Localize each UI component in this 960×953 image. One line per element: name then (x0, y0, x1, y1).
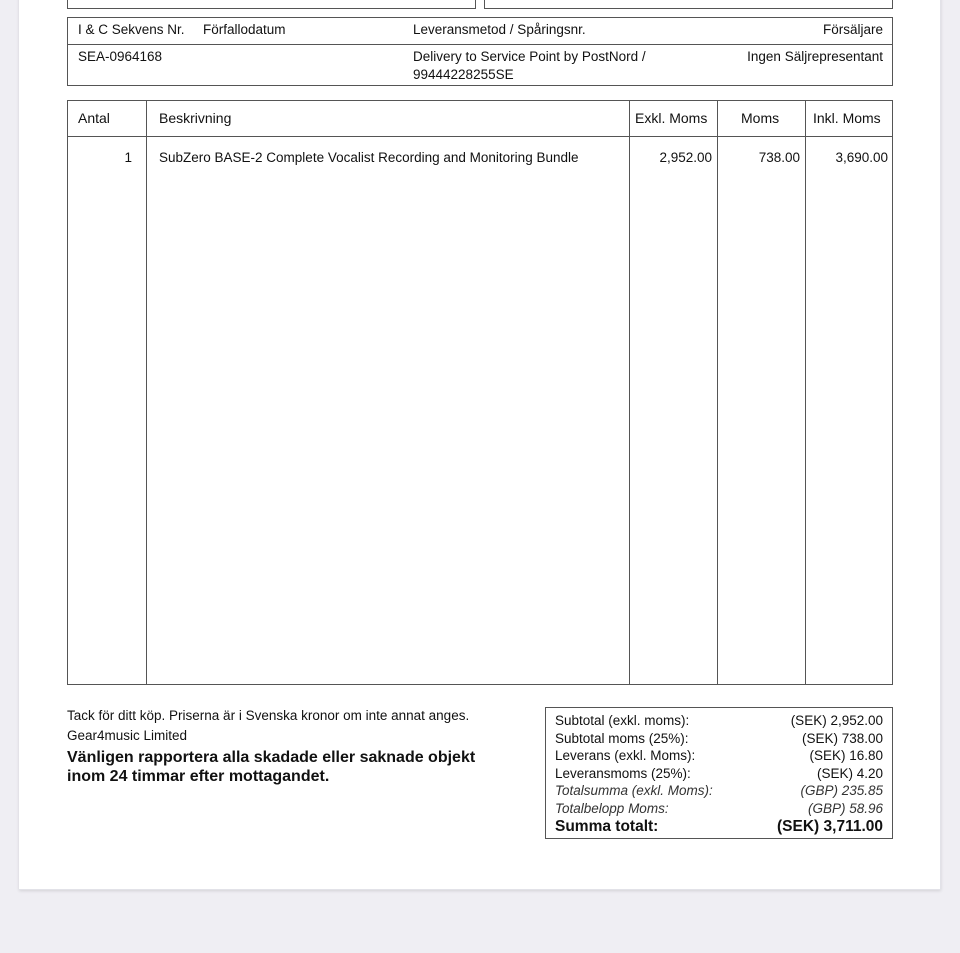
qty-column-header: Antal (78, 110, 110, 126)
totals-label: Totalbelopp Moms: (555, 800, 669, 818)
totals-row: Totalbelopp Moms:(GBP) 58.96 (555, 800, 883, 818)
totals-value: (SEK) 4.20 (817, 765, 883, 783)
totals-row: Leverans (exkl. Moms):(SEK) 16.80 (555, 747, 883, 765)
item-description: SubZero BASE-2 Complete Vocalist Recordi… (159, 150, 578, 165)
totals-value: (GBP) 58.96 (808, 800, 883, 818)
totals-label: Subtotal (exkl. moms): (555, 712, 689, 730)
totals-label: Totalsumma (exkl. Moms): (555, 782, 713, 800)
address-box-left (67, 0, 476, 9)
damage-warning-line1: Vänligen rapportera alla skadade eller s… (67, 748, 537, 767)
totals-label: Leverans (exkl. Moms): (555, 747, 695, 765)
seller-header: Försäljare (823, 22, 883, 37)
invoice-notes: Tack för ditt köp. Priserna är i Svenska… (67, 706, 537, 786)
totals-row: Subtotal moms (25%):(SEK) 738.00 (555, 730, 883, 748)
column-divider (805, 101, 806, 684)
column-divider (629, 101, 630, 684)
item-vat: 738.00 (759, 150, 800, 165)
totals-label: Leveransmoms (25%): (555, 765, 691, 783)
totals-label: Subtotal moms (25%): (555, 730, 689, 748)
totals-row: Leveransmoms (25%):(SEK) 4.20 (555, 765, 883, 783)
address-box-right (484, 0, 893, 9)
tracking-number-value: 99444228255SE (413, 67, 514, 82)
vat-column-header: Moms (741, 110, 779, 126)
item-incl-vat: 3,690.00 (835, 150, 888, 165)
totals-row: Subtotal (exkl. moms):(SEK) 2,952.00 (555, 712, 883, 730)
totals-value: (GBP) 235.85 (800, 782, 883, 800)
totals-value: (SEK) 16.80 (809, 747, 883, 765)
incl-vat-column-header: Inkl. Moms (813, 110, 881, 126)
grand-total-row: Summa totalt:(SEK) 3,711.00 (555, 817, 883, 836)
damage-warning-line2: inom 24 timmar efter mottagandet. (67, 767, 537, 786)
delivery-method-value: Delivery to Service Point by PostNord / (413, 49, 646, 64)
totals-value: (SEK) 3,711.00 (777, 817, 883, 836)
totals-value: (SEK) 2,952.00 (791, 712, 883, 730)
totals-row: Totalsumma (exkl. Moms):(GBP) 235.85 (555, 782, 883, 800)
excl-vat-column-header: Exkl. Moms (635, 110, 707, 126)
sequence-value: SEA-0964168 (78, 49, 162, 64)
invoice-info-table: I & C Sekvens Nr. Förfallodatum Leverans… (67, 17, 893, 86)
column-divider (146, 101, 147, 684)
totals-box: Subtotal (exkl. moms):(SEK) 2,952.00Subt… (545, 707, 893, 839)
due-date-header: Förfallodatum (203, 22, 286, 37)
item-qty: 1 (124, 150, 132, 165)
totals-label: Summa totalt: (555, 817, 658, 836)
seller-value: Ingen Säljrepresentant (747, 49, 883, 64)
description-column-header: Beskrivning (159, 110, 231, 126)
column-divider (717, 101, 718, 684)
item-excl-vat: 2,952.00 (659, 150, 712, 165)
company-name: Gear4music Limited (67, 726, 537, 746)
delivery-header: Leveransmetod / Spåringsnr. (413, 22, 586, 37)
thanks-note: Tack för ditt köp. Priserna är i Svenska… (67, 706, 537, 726)
sequence-header: I & C Sekvens Nr. (78, 22, 185, 37)
info-header-row: I & C Sekvens Nr. Förfallodatum Leverans… (68, 18, 892, 45)
line-items-table: Antal Beskrivning Exkl. Moms Moms Inkl. … (67, 100, 893, 685)
totals-value: (SEK) 738.00 (802, 730, 883, 748)
